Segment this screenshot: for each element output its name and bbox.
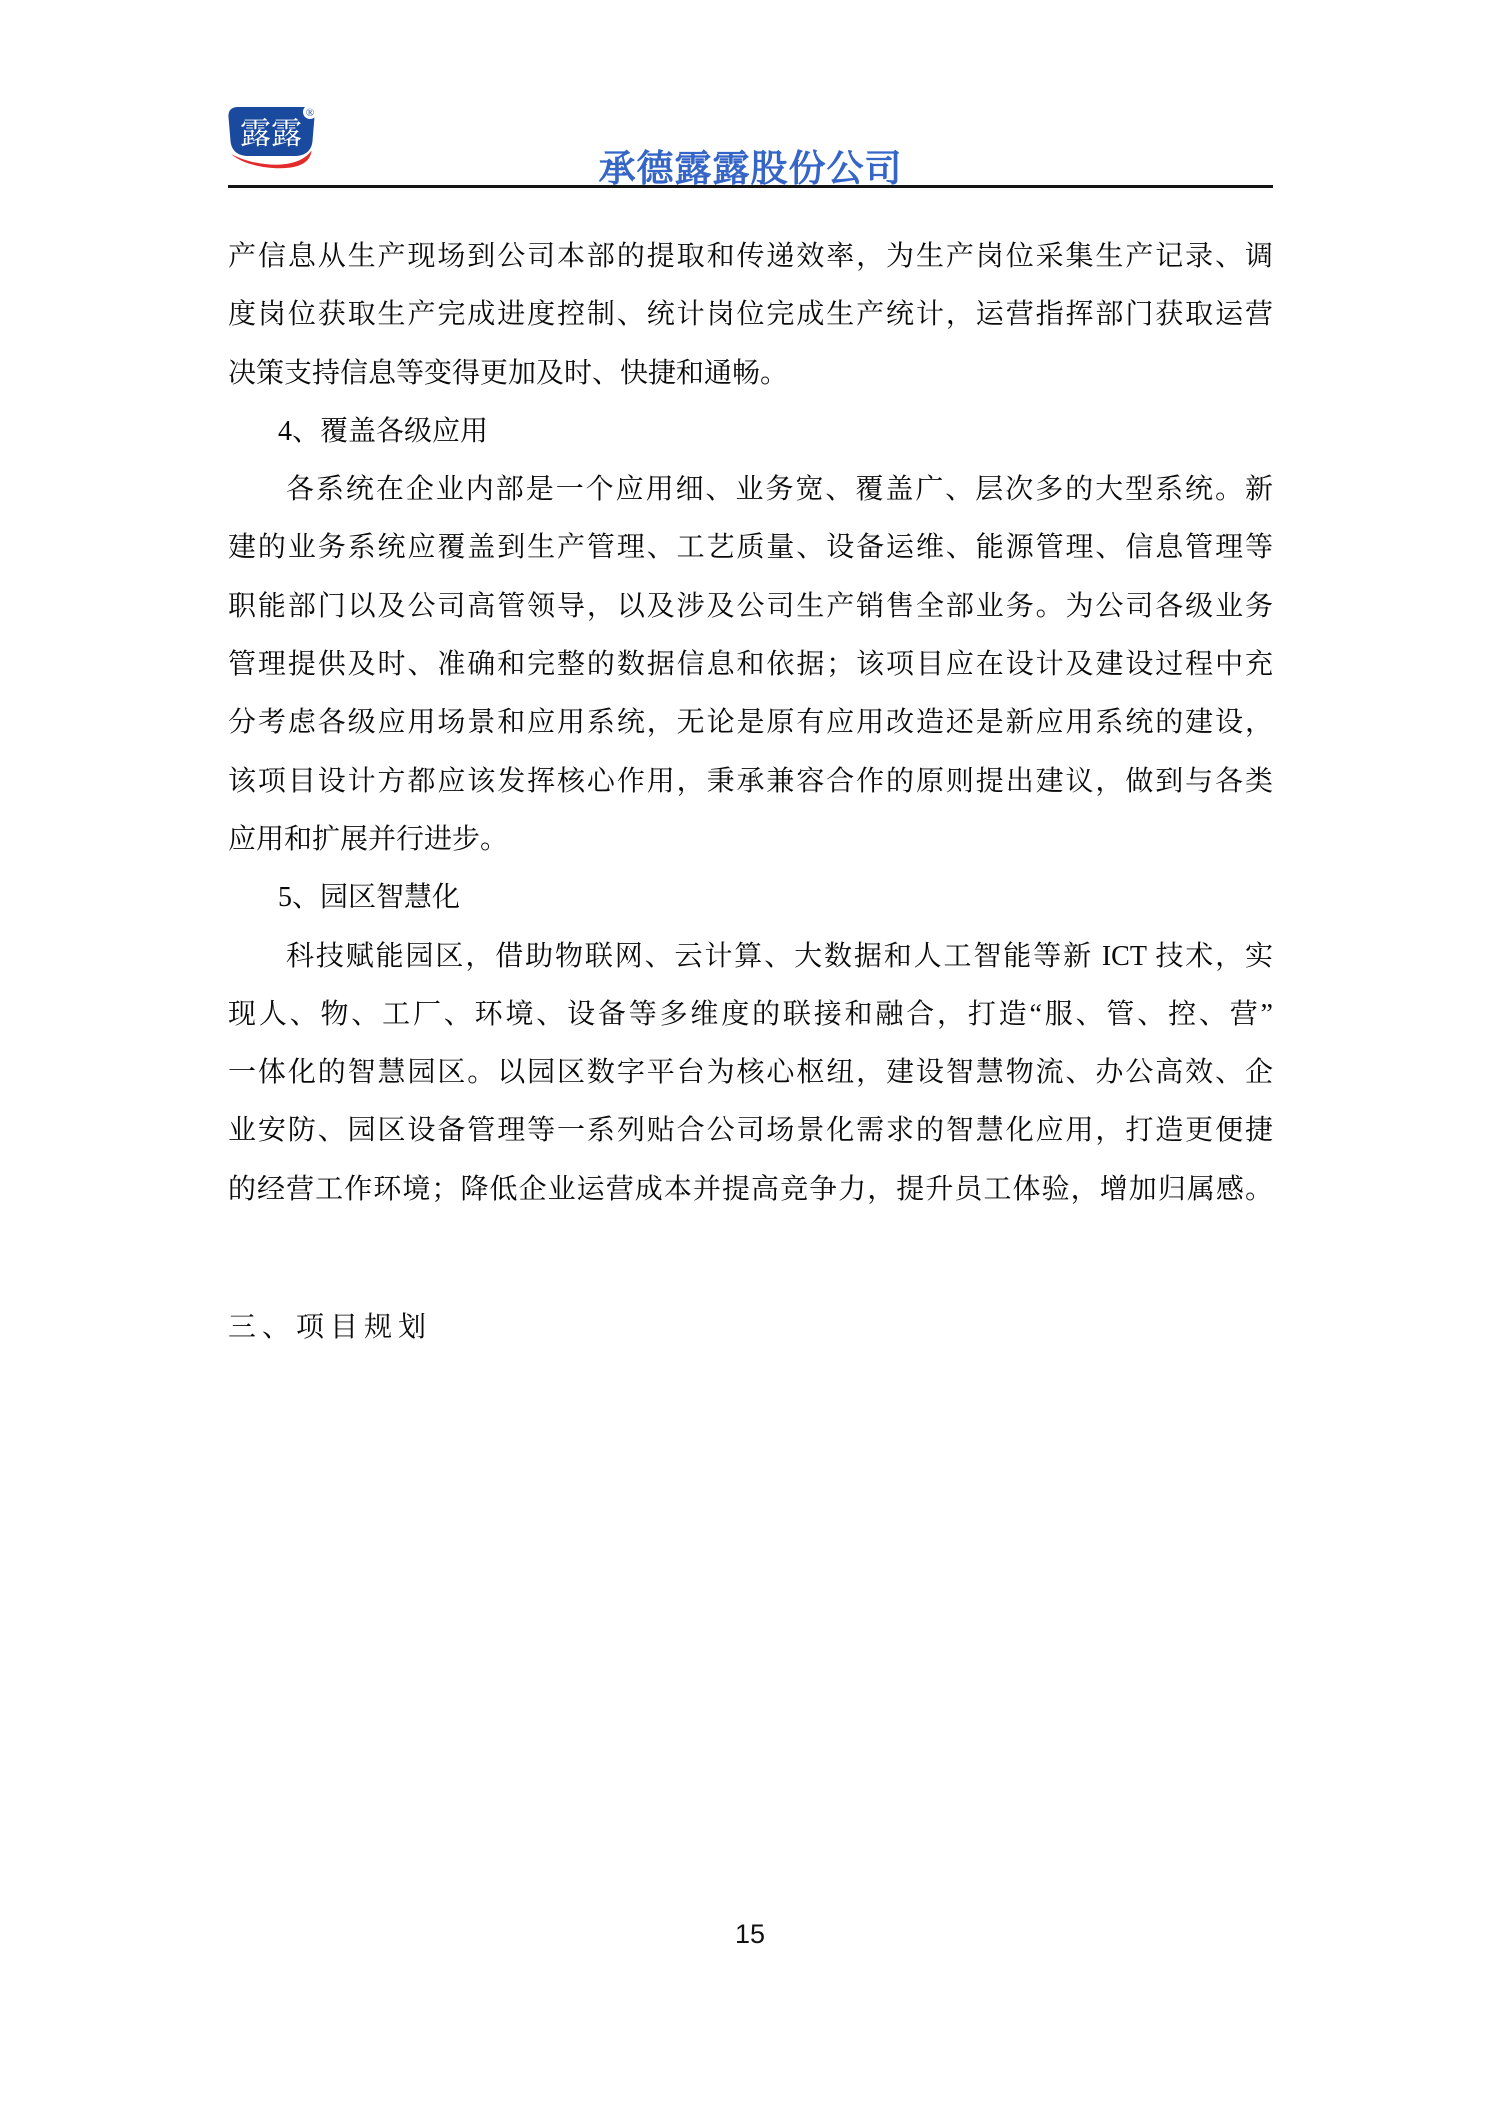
body-text-line: 建的业务系统应覆盖到生产管理、工艺质量、设备运维、能源管理、信息管理等 [228,519,1273,577]
body-text-line: 管理提供及时、准确和完整的数据信息和依据；该项目应在设计及建设过程中充 [228,636,1273,694]
body-text-line: 决策支持信息等变得更加及时、快捷和通畅。 [228,345,1273,403]
document-page: ® 露露 承德露露股份公司 产信息从生产现场到公司本部的提取和传递效率，为生产岗… [0,0,1500,2121]
body-text-line: 产信息从生产现场到公司本部的提取和传递效率，为生产岗位采集生产记录、调 [228,228,1273,286]
body-text-line: 分考虑各级应用场景和应用系统，无论是原有应用改造还是新应用系统的建设， [228,694,1273,752]
header-divider [228,185,1273,188]
body-text-line: 现人、物、工厂、环境、设备等多维度的联接和融合，打造“服、管、控、营” [228,986,1273,1044]
numbered-heading: 5、园区智慧化 [228,869,1273,927]
body-text-line: 业安防、园区设备管理等一系列贴合公司场景化需求的智慧化应用，打造更便捷 [228,1102,1273,1160]
body-text-line: 各系统在企业内部是一个应用细、业务宽、覆盖广、层次多的大型系统。新 [228,461,1273,519]
company-name-title: 承德露露股份公司 [228,138,1273,192]
numbered-heading: 4、覆盖各级应用 [228,403,1273,461]
body-text-line: 科技赋能园区，借助物联网、云计算、大数据和人工智能等新 ICT 技术，实 [228,928,1273,986]
section-heading: 三、项目规划 [228,1305,432,1345]
registered-mark: ® [306,107,314,119]
body-text-line: 应用和扩展并行进步。 [228,811,1273,869]
document-body: 产信息从生产现场到公司本部的提取和传递效率，为生产岗位采集生产记录、调 度岗位获… [228,228,1273,1219]
body-text-line: 一体化的智慧园区。以园区数字平台为核心枢纽，建设智慧物流、办公高效、企 [228,1044,1273,1102]
body-text-line: 的经营工作环境；降低企业运营成本并提高竞争力，提升员工体验，增加归属感。 [228,1161,1273,1219]
body-text-line: 该项目设计方都应该发挥核心作用，秉承兼容合作的原则提出建议，做到与各类 [228,753,1273,811]
page-number: 15 [0,1919,1500,1950]
body-text-line: 职能部门以及公司高管领导，以及涉及公司生产销售全部业务。为公司各级业务 [228,578,1273,636]
body-text-line: 度岗位获取生产完成进度控制、统计岗位完成生产统计，运营指挥部门获取运营 [228,286,1273,344]
